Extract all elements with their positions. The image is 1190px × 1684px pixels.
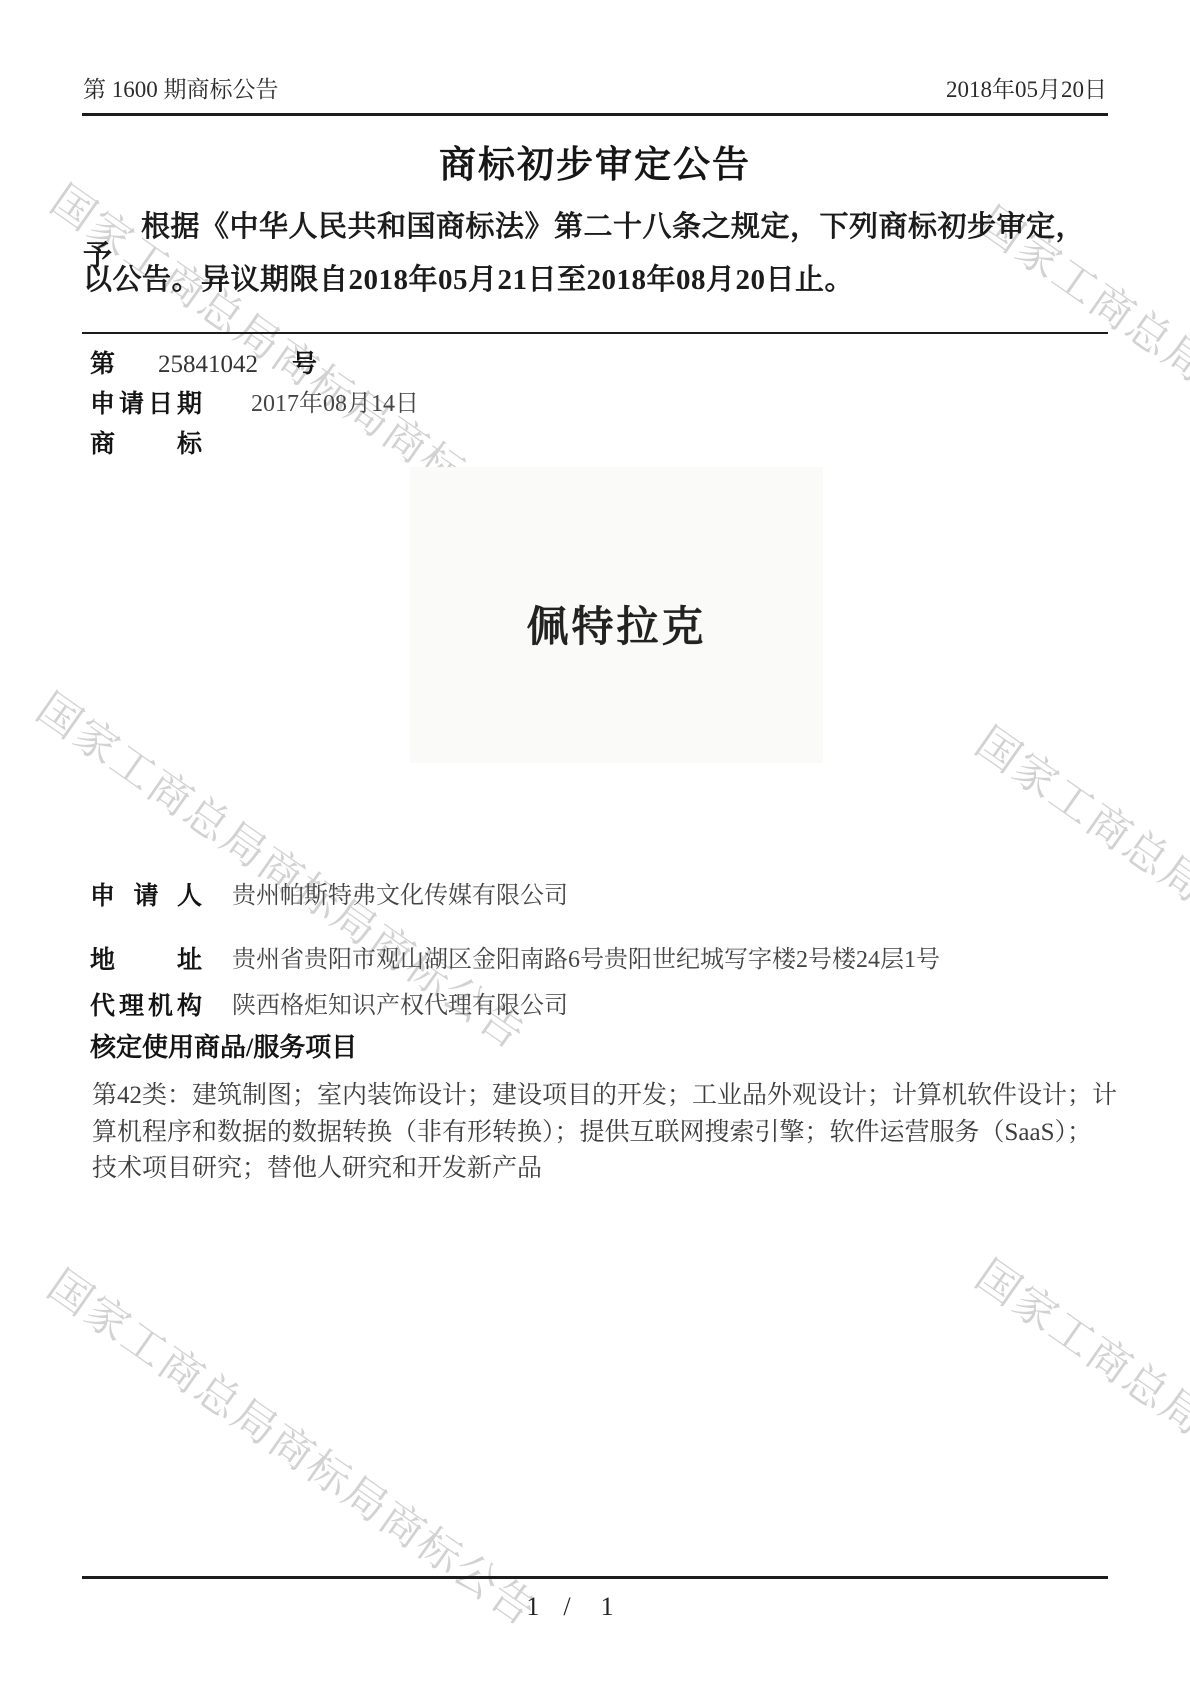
watermark-text: 国家工商总局商标局商标公告 bbox=[37, 1253, 551, 1639]
application-date-label: 申请日期 bbox=[90, 392, 202, 417]
gazette-issue-label: 第 1600 期商标公告 bbox=[83, 78, 279, 101]
gazette-date: 2018年05月20日 bbox=[946, 78, 1107, 101]
mark-label: 商标 bbox=[90, 432, 202, 457]
applicant-value: 贵州帕斯特弗文化传媒有限公司 bbox=[232, 883, 568, 909]
goods-services-line: 技术项目研究；替他人研究和开发新产品 bbox=[92, 1156, 1107, 1181]
mark-label-row: 商标 bbox=[90, 432, 202, 457]
applicant-row: 申请人 贵州帕斯特弗文化传媒有限公司 bbox=[90, 884, 568, 909]
page-title: 商标初步审定公告 bbox=[0, 147, 1190, 184]
trademark-number-row: 第 25841042 号 bbox=[90, 352, 114, 377]
application-date-row: 申请日期 2017年08月14日 bbox=[90, 392, 419, 417]
goods-services-line: 算机程序和数据的数据转换（非有形转换）；提供互联网搜索引擎；软件运营服务（Saa… bbox=[92, 1120, 1107, 1145]
trademark-mark-text: 佩特拉克 bbox=[526, 594, 706, 654]
agent-value: 陕西格炬知识产权代理有限公司 bbox=[232, 993, 568, 1019]
footer-divider bbox=[82, 1576, 1108, 1579]
watermark-text: 国家工商总局商标局商标公告 bbox=[965, 710, 1190, 1096]
gazette-page: 国家工商总局商标局商标公告 国家工商总局商标局商标公告 国家工商总局商标局商标公… bbox=[0, 0, 1190, 1684]
page-indicator: 1/1 bbox=[420, 1594, 720, 1620]
goods-services-header: 核定使用商品/服务项目 bbox=[90, 1035, 357, 1061]
agent-row: 代理机构 陕西格炬知识产权代理有限公司 bbox=[90, 994, 568, 1019]
number-suffix-label: 号 bbox=[292, 352, 317, 377]
watermark-text: 国家工商总局商标局商标公告 bbox=[965, 1243, 1190, 1629]
application-date-value: 2017年08月14日 bbox=[251, 391, 419, 417]
current-page-number: 1 bbox=[526, 1592, 539, 1621]
address-value: 贵州省贵阳市观山湖区金阳南路6号贵阳世纪城写字楼2号楼24层1号 bbox=[232, 947, 940, 973]
number-prefix-label: 第 bbox=[90, 352, 114, 377]
agent-label: 代理机构 bbox=[90, 994, 202, 1019]
page-separator: / bbox=[563, 1592, 570, 1621]
total-page-number: 1 bbox=[601, 1592, 614, 1621]
trademark-number: 25841042 bbox=[158, 352, 258, 377]
trademark-image: 佩特拉克 bbox=[410, 467, 823, 763]
goods-services-line: 第42类：建筑制图；室内装饰设计；建设项目的开发；工业品外观设计；计算机软件设计… bbox=[92, 1083, 1107, 1108]
address-label: 地址 bbox=[90, 948, 202, 973]
notice-paragraph-line1: 根据《中华人民共和国商标法》第二十八条之规定，下列商标初步审定，予 bbox=[83, 213, 1113, 271]
address-row: 地址 贵州省贵阳市观山湖区金阳南路6号贵阳世纪城写字楼2号楼24层1号 bbox=[90, 948, 940, 973]
section-divider bbox=[82, 332, 1108, 334]
applicant-label: 申请人 bbox=[90, 884, 202, 909]
notice-paragraph-line2: 以公告。异议期限自2018年05月21日至2018年08月20日止。 bbox=[83, 266, 1113, 295]
header-divider bbox=[82, 113, 1108, 116]
